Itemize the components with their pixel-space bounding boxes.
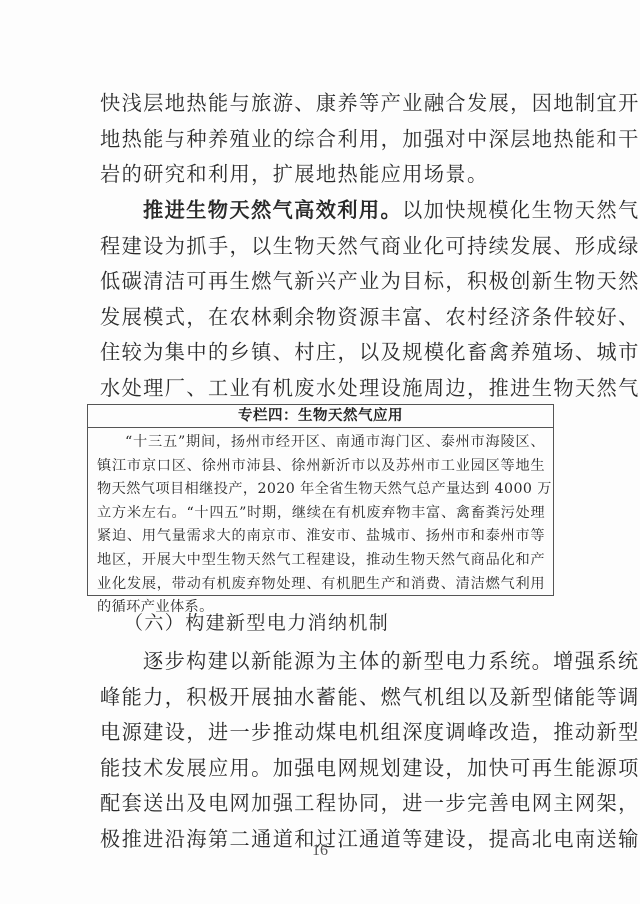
- box-line: 业化发展，带动有机废弃物处理、有机肥生产和消费、清洁燃气利用: [97, 573, 545, 597]
- paragraph-lead: 推进生物天然气高效利用。: [143, 198, 402, 222]
- box-line: 紧迫、用气量需求大的南京市、淮安市、盐城市、扬州市和泰州市等: [97, 525, 545, 549]
- text-line: 岩的研究和利用，扩展地热能应用场景。: [100, 157, 548, 193]
- box-line: 立方米左右。“十四五”时期，继续在有机废弃物丰富、禽畜粪污处理: [97, 502, 545, 526]
- text-line: 能技术发展应用。加强电网规划建设，加快可再生能源项目: [100, 751, 548, 787]
- box-line: 物天然气项目相继投产，2020 年全省生物天然气总产量达到 4000 万: [97, 478, 545, 502]
- text-line-lead: 推进生物天然气高效利用。以加快规模化生物天然气工: [100, 193, 548, 229]
- box-line: 地区，开展大中型生物天然气工程建设，推动生物天然气商品化和产: [97, 549, 545, 573]
- document-page: 快浅层地热能与旅游、康养等产业融合发展，因地制宜开展 地热能与种养殖业的综合利用…: [0, 0, 640, 904]
- text-line: 发展模式，在农林剩余物资源丰富、农村经济条件较好、居: [100, 300, 548, 336]
- text-line: 低碳清洁可再生燃气新兴产业为目标，积极创新生物天然气: [100, 264, 548, 300]
- text-line: 地热能与种养殖业的综合利用，加强对中深层地热能和干热: [100, 122, 548, 158]
- text-line: 电源建设，进一步推动煤电机组深度调峰改造，推动新型储: [100, 715, 548, 751]
- column-box: 专栏四：生物天然气应用 “十三五”期间，扬州市经开区、南通市海门区、泰州市海陵区…: [87, 404, 554, 596]
- paragraph-geothermal: 快浅层地热能与旅游、康养等产业融合发展，因地制宜开展 地热能与种养殖业的综合利用…: [100, 86, 548, 193]
- box-line: 镇江市京口区、徐州市沛县、徐州新沂市以及苏州市工业园区等地生: [97, 455, 545, 479]
- page-number: 16: [0, 842, 640, 860]
- box-title: 专栏四：生物天然气应用: [88, 405, 553, 428]
- text-line: 程建设为抓手，以生物天然气商业化可持续发展、形成绿色: [100, 229, 548, 265]
- box-line: “十三五”期间，扬州市经开区、南通市海门区、泰州市海陵区、: [97, 431, 545, 455]
- paragraph-power-system: 逐步构建以新能源为主体的新型电力系统。增强系统调 峰能力，积极开展抽水蓄能、燃气…: [100, 644, 548, 858]
- text-line: 水处理厂、工业有机废水处理设施周边，推进生物天然气高: [100, 371, 548, 407]
- text-line: 配套送出及电网加强工程协同，进一步完善电网主网架，积: [100, 786, 548, 822]
- text-line: 逐步构建以新能源为主体的新型电力系统。增强系统调: [100, 644, 548, 680]
- text-line: 以加快规模化生物天然气工: [402, 198, 640, 222]
- text-line: 快浅层地热能与旅游、康养等产业融合发展，因地制宜开展: [100, 86, 548, 122]
- text-line: 住较为集中的乡镇、村庄，以及规模化畜禽养殖场、城市污: [100, 335, 548, 371]
- text-line: 峰能力，积极开展抽水蓄能、燃气机组以及新型储能等调峰: [100, 680, 548, 716]
- box-body: “十三五”期间，扬州市经开区、南通市海门区、泰州市海陵区、 镇江市京口区、徐州市…: [88, 428, 553, 620]
- section-heading: （六）构建新型电力消纳机制: [124, 608, 389, 638]
